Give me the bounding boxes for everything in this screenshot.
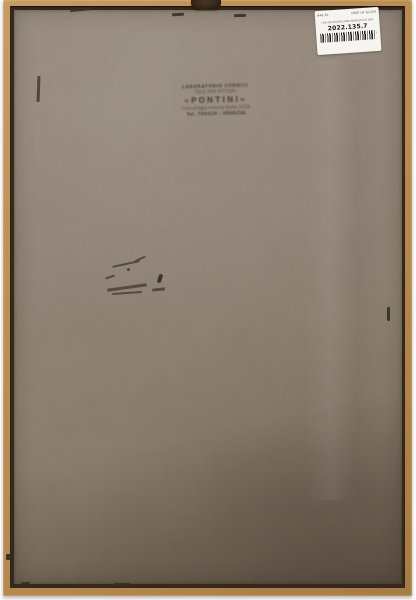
hanging-hardware bbox=[191, 0, 221, 10]
stamp-line-5: Tel. 700428 - VENEZIA bbox=[174, 110, 258, 118]
museum-barcode-label: 846.20 FREE OF GLASS THE METROPOLITAN MU… bbox=[315, 7, 382, 55]
nail-mark bbox=[21, 582, 30, 585]
photo-of-framed-artwork-back: LABORATORIO CORNICI - TELE PER PITTORI -… bbox=[0, 0, 416, 600]
label-code-right: FREE OF GLASS bbox=[351, 10, 376, 15]
nail-mark bbox=[6, 554, 11, 560]
nail-mark bbox=[234, 14, 246, 17]
nail-mark bbox=[387, 307, 390, 321]
barcode bbox=[320, 30, 376, 43]
nail-mark bbox=[114, 583, 130, 586]
dark-stain bbox=[184, 420, 394, 580]
label-code-left: 846.20 bbox=[317, 13, 328, 17]
scuff-mark bbox=[127, 268, 130, 271]
framer-stamp: LABORATORIO CORNICI - TELE PER PITTORI -… bbox=[173, 83, 259, 150]
